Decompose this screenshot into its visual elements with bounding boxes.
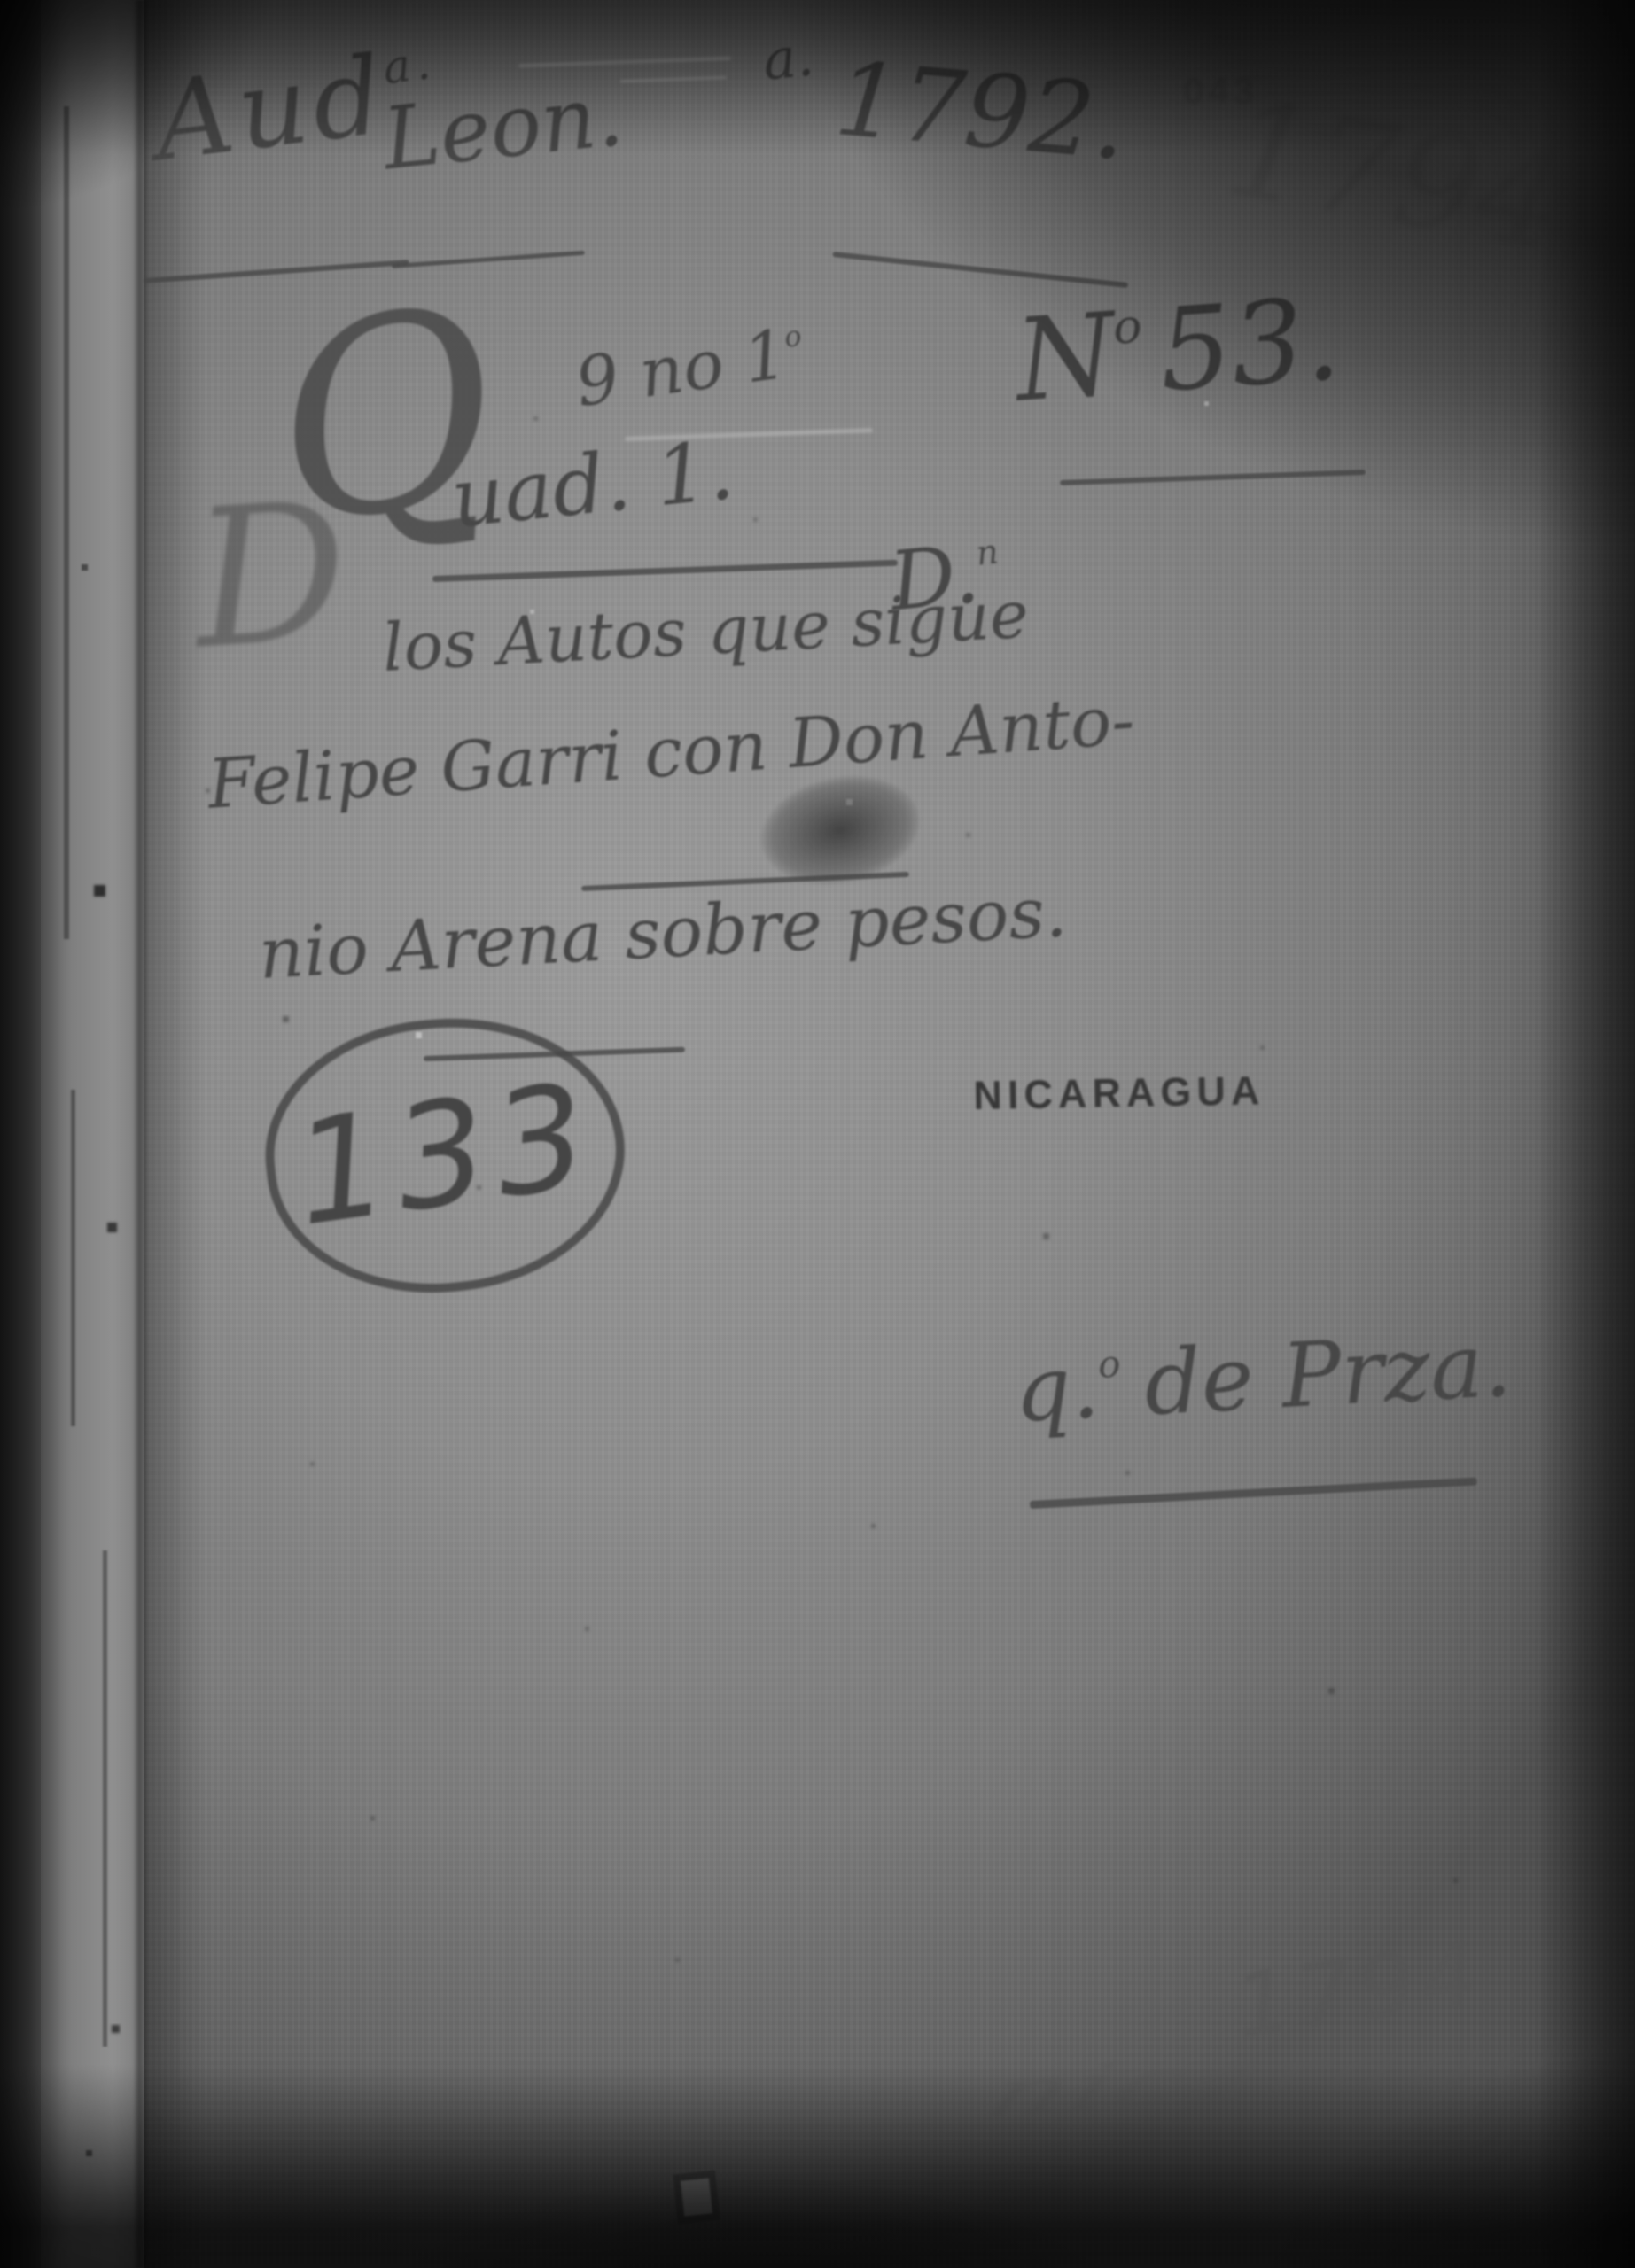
number-superscript: o — [1111, 297, 1144, 354]
year-abbrev: a. — [760, 28, 816, 89]
body-initial-d: D — [188, 475, 354, 676]
light-flecks — [0, 0, 1, 1]
quaderno-ref-letter: q. — [1012, 1334, 1102, 1442]
binding-strip — [41, 0, 144, 2268]
document-photo: Auda. Leon. a. 1792. 043 1794 No53. Q 9 … — [0, 0, 1635, 2268]
inner-margin-shadow — [144, 0, 206, 2268]
bottom-edge-tag — [673, 2171, 720, 2225]
circled-number-value: 133 — [286, 1063, 603, 1247]
body-don-abbrev: D.n — [886, 531, 1005, 624]
number-letter: N — [1011, 289, 1119, 427]
binding-crease — [71, 1090, 75, 1426]
don-letter: D. — [885, 526, 983, 630]
quaderno-ref-superscript: o — [1097, 1342, 1122, 1386]
binding-crease — [64, 106, 69, 939]
city-leon: Leon. — [379, 73, 627, 183]
number-value: 53. — [1155, 274, 1343, 418]
year-1792: 1792. — [831, 49, 1131, 175]
quaderno-reference: q.ode Prza. — [1012, 1321, 1514, 1435]
paper-texture — [0, 0, 1635, 2268]
nicaragua-stamp: NICARAGUA — [973, 1070, 1265, 1115]
photo-left-edge — [0, 0, 41, 2268]
quaderno-ref-rest: de Prza. — [1141, 1313, 1514, 1436]
don-superscript: n — [974, 532, 1000, 573]
binding-crease — [103, 1550, 107, 2047]
case-number: No53. — [1012, 283, 1343, 418]
